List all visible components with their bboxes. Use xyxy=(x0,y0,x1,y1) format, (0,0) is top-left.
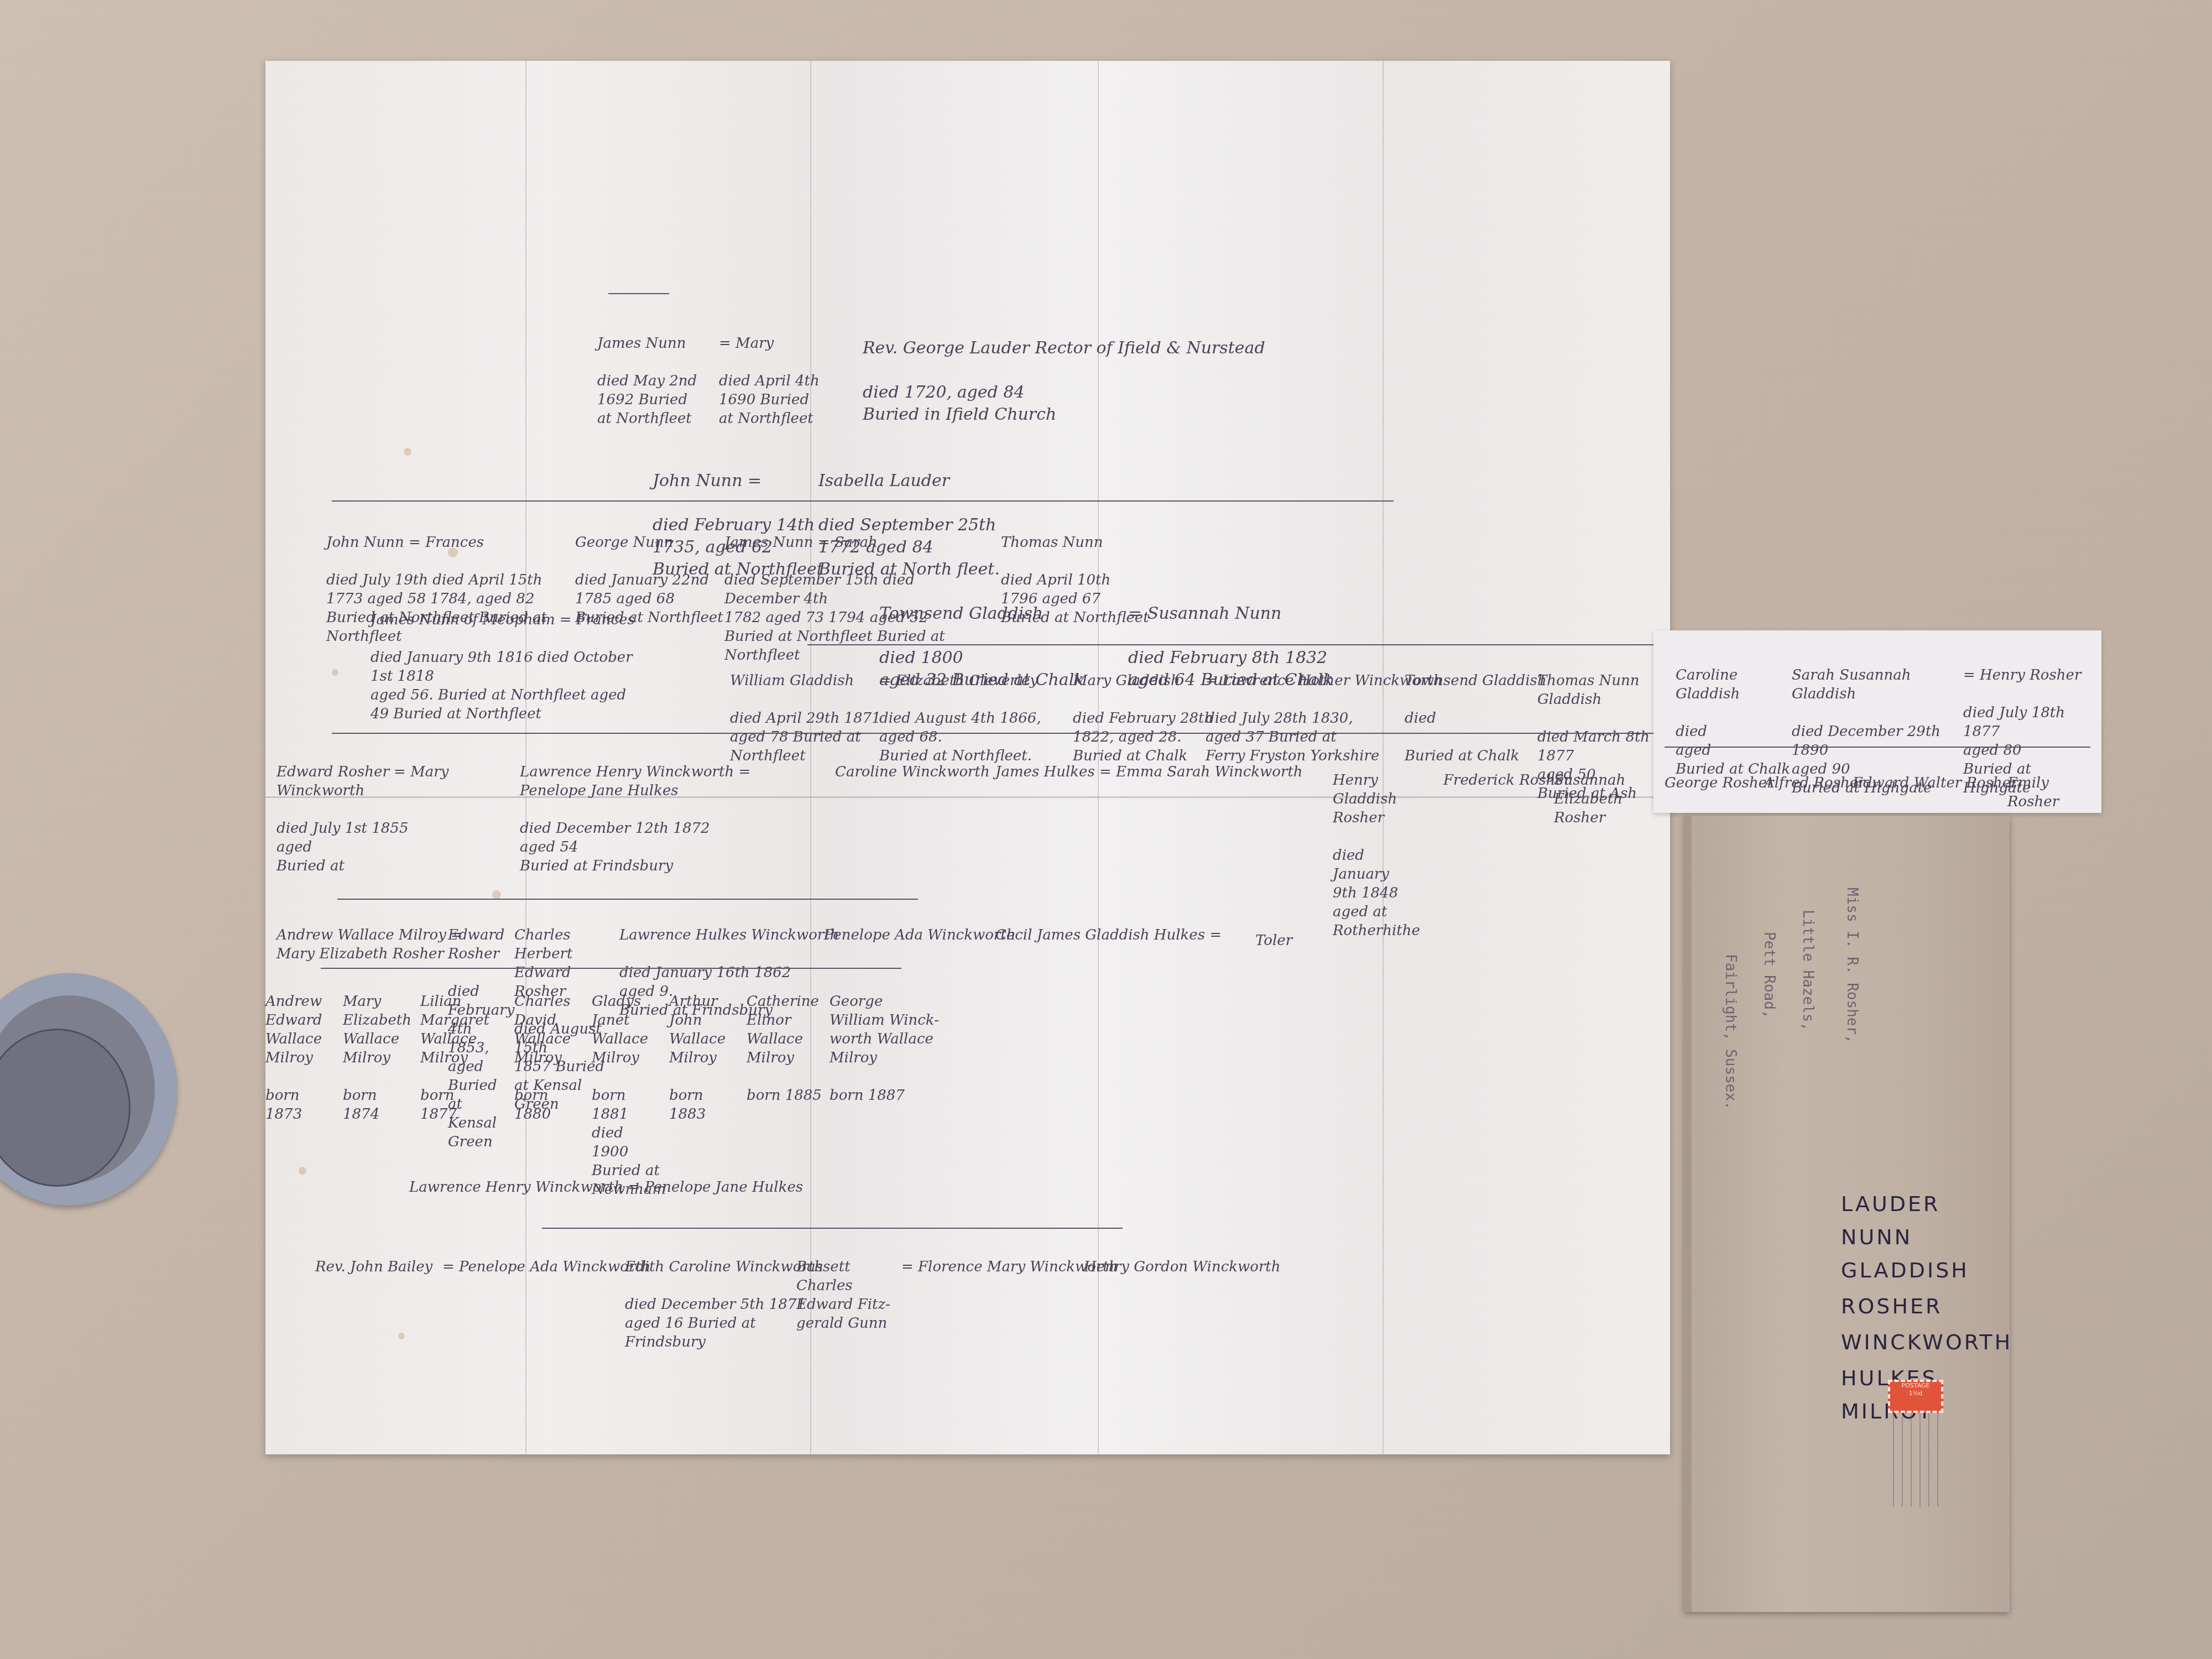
tree-connector xyxy=(542,1228,1123,1229)
person-details: died April 4th 1690 Buried at Northfleet xyxy=(719,372,820,428)
person-name: Mary Elizabeth Wallace Milroy xyxy=(343,992,415,1067)
person-name: Penelope Ada Winckworth xyxy=(824,926,1015,945)
address-line-name: Miss I. R. Rosher, xyxy=(1844,888,1860,1044)
person-name: Thomas Nunn Gladdish xyxy=(1537,671,1670,709)
person-name: Catherine Elinor Wallace Milroy xyxy=(747,992,824,1067)
child-lilian-margaret: Lilian Margaret Wallace Milroy born 1877 xyxy=(420,973,492,1142)
tree-connector xyxy=(337,899,918,900)
person-name: Edward Rosher = Mary Winckworth xyxy=(276,763,509,800)
person-details: born 1885 xyxy=(747,1086,824,1105)
person-edward-walter-rosher: Edward Walter Rosher xyxy=(1853,755,2018,811)
person-caroline-winckworth: Caroline Winckworth xyxy=(835,744,990,800)
person-name: Lawrence Hulkes Winckworth xyxy=(619,926,839,945)
person-penelope-ada-winckworth-2: = Penelope Ada Winckworth xyxy=(442,1239,651,1295)
postmark-wavy-lines xyxy=(1885,1413,1946,1507)
person-name: Edward Rosher xyxy=(448,926,509,963)
tree-connector xyxy=(332,500,1394,502)
person-henry-gordon-winckworth: Henry Gordon Winckworth xyxy=(1084,1239,1281,1295)
person-name: Henry Gladdish Rosher xyxy=(1333,771,1399,827)
person-name: Emily Rosher xyxy=(2007,774,2101,811)
person-name: Henry Gordon Winckworth xyxy=(1084,1258,1281,1276)
person-name: James Nunn = Sarah xyxy=(724,533,957,552)
person-name: George Nunn xyxy=(575,533,723,552)
tree-connector xyxy=(321,968,901,969)
person-name: Rev. George Lauder Rector of Ifield & Nu… xyxy=(863,337,1265,359)
grommet-lid xyxy=(0,1029,131,1187)
person-james-hulkes-emma-winckworth: James Hulkes = Emma Sarah Winckworth xyxy=(995,744,1303,800)
tree-connector xyxy=(807,644,1670,645)
person-details: born 1877 xyxy=(420,1086,492,1124)
person-cecil-james-gladdish-hulkes: Cecil James Gladdish Hulkes = xyxy=(995,907,1222,963)
person-name: James Hulkes = Emma Sarah Winckworth xyxy=(995,763,1303,781)
person-toler: Toler xyxy=(1255,912,1292,969)
person-andrew-wallace-milroy: Andrew Wallace Milroy = Mary Elizabeth R… xyxy=(276,907,470,982)
family-tree-sheet: James Nunn died May 2nd 1692 Buried at N… xyxy=(265,61,1670,1454)
child-mary-elizabeth: Mary Elizabeth Wallace Milroy born 1874 xyxy=(343,973,415,1142)
person-name: Caroline Winckworth xyxy=(835,763,990,781)
person-name: Frederick Rosher xyxy=(1443,771,1571,790)
surname-nunn: NUNN xyxy=(1841,1225,1912,1249)
person-bassett-gunn: Bassett Charles Edward Fitz-gerald Gunn xyxy=(796,1239,907,1352)
child-catherine-elinor: Catherine Elinor Wallace Milroy born 188… xyxy=(747,973,824,1124)
postage-stamp: POSTAGE 1½d xyxy=(1888,1380,1943,1413)
envelope: Miss I. R. Rosher, Little Hazels, Pett R… xyxy=(1684,816,2010,1612)
person-name: = Mary xyxy=(719,334,820,353)
person-lawrence-henry-winckworth: Lawrence Henry Winckworth = Penelope Jan… xyxy=(520,744,807,894)
surname-rosher: ROSHER xyxy=(1841,1294,1942,1318)
person-details: born 1873 xyxy=(265,1086,337,1124)
person-george-rosher: George Rosher xyxy=(1665,755,1774,811)
person-details: died December 12th 1872 aged 54 Buried a… xyxy=(520,819,807,875)
person-details: born 1874 xyxy=(343,1086,415,1124)
person-details: born 1880 xyxy=(514,1086,586,1124)
person-name: John Nunn = xyxy=(653,470,823,492)
person-name: James Nunn of Meopham = Frances xyxy=(371,611,647,629)
person-henry-gladdish-rosher: Henry Gladdish Rosher died January 9th 1… xyxy=(1333,752,1399,959)
person-penelope-ada-winckworth: Penelope Ada Winckworth xyxy=(824,907,1015,963)
person-name: Mary Gladdish xyxy=(1073,671,1213,690)
person-details: died July 1st 1855 aged Buried at xyxy=(276,819,509,875)
stamp-label: POSTAGE xyxy=(1890,1382,1941,1390)
person-james-nunn: James Nunn died May 2nd 1692 Buried at N… xyxy=(597,315,697,447)
person-name: Townsend Gladdish xyxy=(879,603,1084,625)
person-details: died January 9th 1848 aged at Rotherhith… xyxy=(1333,846,1399,940)
person-alfred-rosher: Alfred Rosher xyxy=(1764,755,1865,811)
person-details: born 1883 xyxy=(669,1086,741,1124)
person-details: born 1887 xyxy=(830,1086,940,1105)
person-details: died 1720, aged 84 Buried in Ifield Chur… xyxy=(863,382,1265,426)
person-name: Caroline Gladdish xyxy=(1676,666,1797,703)
person-mary: = Mary died April 4th 1690 Buried at Nor… xyxy=(719,315,820,447)
person-name: John Nunn = Frances xyxy=(326,533,547,552)
tree-connector xyxy=(1665,747,2090,748)
person-name: Lawrence Henry Winckworth = Penelope Jan… xyxy=(520,763,807,800)
desk-cable-grommet xyxy=(0,973,177,1206)
person-susannah-elizabeth-rosher: Susannah Elizabeth Rosher xyxy=(1554,752,1670,846)
person-name: Alfred Rosher xyxy=(1764,774,1865,792)
person-frederick-rosher: Frederick Rosher xyxy=(1443,752,1571,808)
person-name: James Nunn xyxy=(597,334,697,353)
person-name: Thomas Nunn xyxy=(1001,533,1149,552)
person-james-nunn-of-meopham: James Nunn of Meopham = Frances died Jan… xyxy=(371,592,647,742)
child-charles-david: Charles David Wallace Milroy born 1880 xyxy=(514,973,586,1142)
person-edward-rosher-mary-winckworth: Edward Rosher = Mary Winckworth died Jul… xyxy=(276,744,509,894)
foxing-stain xyxy=(332,669,338,676)
person-name: = Elizabeth Cleverley xyxy=(879,671,1041,690)
foxing-stain xyxy=(398,1333,405,1339)
tree-connector xyxy=(332,733,1670,734)
address-line-house: Little Hazels, xyxy=(1799,910,1816,1031)
foxing-stain xyxy=(404,448,411,456)
person-name: Andrew Edward Wallace Milroy xyxy=(265,992,337,1067)
person-name: Isabella Lauder xyxy=(818,470,1000,492)
person-details: died December 5th 1871 aged 16 Buried at… xyxy=(625,1295,823,1352)
person-name: Townsend Gladdish xyxy=(1405,671,1547,690)
person-name: Charles David Wallace Milroy xyxy=(514,992,586,1067)
surname-lauder: LAUDER xyxy=(1841,1192,1940,1216)
person-name: George William Winck- worth Wallace Milr… xyxy=(830,992,940,1067)
person-name: Edith Caroline Winckworth xyxy=(625,1258,823,1276)
surname-gladdish: GLADDISH xyxy=(1841,1258,1969,1282)
person-name: George Rosher xyxy=(1665,774,1774,792)
stamp-value: 1½d xyxy=(1890,1390,1941,1397)
address-line-town: Fairlight, Sussex. xyxy=(1722,954,1739,1110)
person-name: Sarah Susannah Gladdish xyxy=(1792,666,1958,703)
person-edith-caroline-winckworth: Edith Caroline Winckworth died December … xyxy=(625,1239,823,1370)
child-arthur-john: Arthur John Wallace Milroy born 1883 xyxy=(669,973,741,1142)
person-name: Andrew Wallace Milroy = Mary Elizabeth R… xyxy=(276,926,470,963)
person-rev-john-bailey: Rev. John Bailey xyxy=(315,1239,432,1295)
person-name: Cecil James Gladdish Hulkes = xyxy=(995,926,1222,945)
person-name: Edward Walter Rosher xyxy=(1853,774,2018,792)
person-name: William Gladdish xyxy=(730,671,881,690)
person-name: = Penelope Ada Winckworth xyxy=(442,1258,651,1276)
person-rev-george-lauder: Rev. George Lauder Rector of Ifield & Nu… xyxy=(863,315,1265,448)
attached-paper-strip: Caroline Gladdish died aged Buried at Ch… xyxy=(1653,630,2101,813)
surname-winckworth: WINCKWORTH xyxy=(1841,1330,2012,1354)
person-name: Gladys Janet Wallace Milroy xyxy=(592,992,664,1067)
child-george-william: George William Winck- worth Wallace Milr… xyxy=(830,973,940,1124)
person-name: = Susannah Nunn xyxy=(1128,603,1333,625)
person-details: died January 9th 1816 died October 1st 1… xyxy=(371,648,647,723)
address-line-road: Pett Road, xyxy=(1761,932,1777,1019)
child-andrew-edward: Andrew Edward Wallace Milroy born 1873 xyxy=(265,973,337,1142)
person-name: Toler xyxy=(1255,931,1292,950)
person-name: = Henry Rosher xyxy=(1963,666,2096,685)
person-emily-rosher: Emily Rosher xyxy=(2007,755,2101,830)
person-name: Susannah Elizabeth Rosher xyxy=(1554,771,1670,827)
person-details: died May 2nd 1692 Buried at Northfleet xyxy=(597,372,697,428)
person-name: Rev. John Bailey xyxy=(315,1258,432,1276)
sub-tree-parents: Lawrence Henry Winckworth = Penelope Jan… xyxy=(409,1178,803,1197)
person-name: Arthur John Wallace Milroy xyxy=(669,992,741,1067)
foxing-stain xyxy=(299,1167,306,1175)
person-name: Bassett Charles Edward Fitz-gerald Gunn xyxy=(796,1258,907,1333)
tree-connector xyxy=(608,293,669,294)
person-name: Lilian Margaret Wallace Milroy xyxy=(420,992,492,1067)
